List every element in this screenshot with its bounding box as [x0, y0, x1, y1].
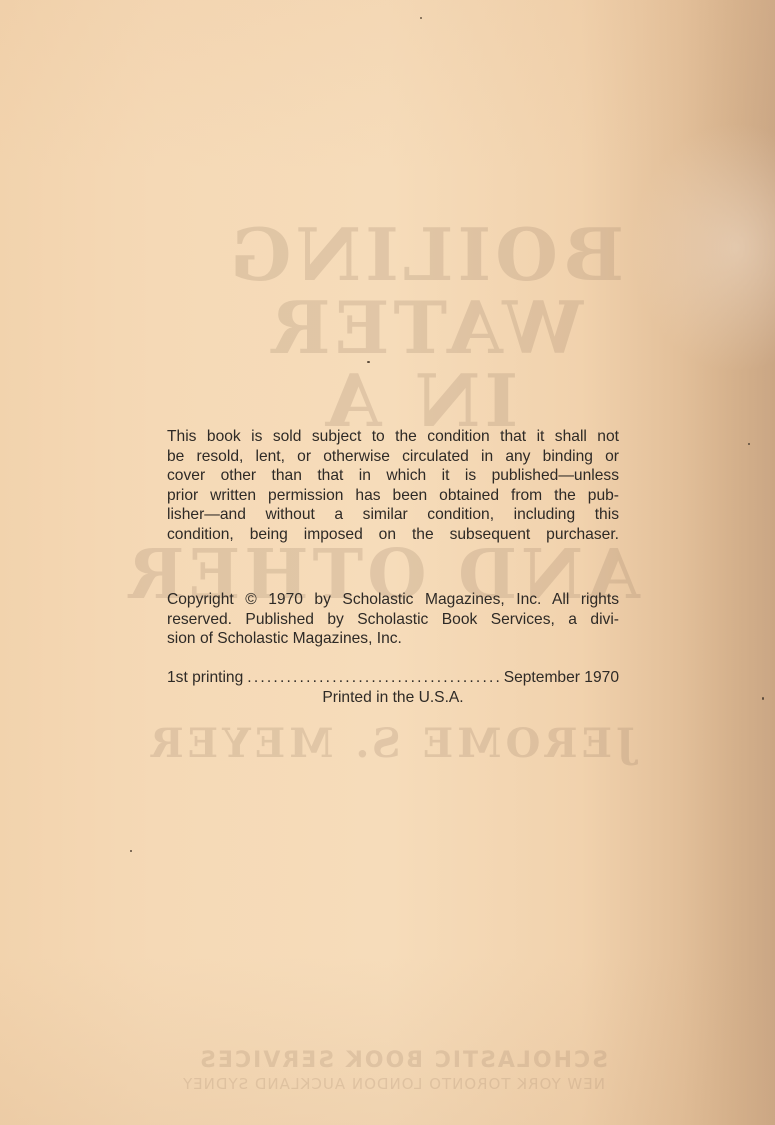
- bleed-through-cities: NEW YORK TORONTO LONDON AUCKLAND SYDNEY: [215, 1075, 605, 1093]
- copyright-statement: Copyright © 1970 by Scholastic Magazines…: [167, 590, 619, 649]
- book-page: BOILING WATER IN A AND OTHER JEROME S. M…: [0, 0, 775, 1125]
- paper-speck: [367, 361, 370, 363]
- notice-line: cover other than that in which it is pub…: [167, 466, 619, 486]
- printing-history: 1st printing ...........................…: [167, 668, 619, 688]
- notice-line: condition, being imposed on the subseque…: [167, 525, 619, 545]
- copyright-line: sion of Scholastic Magazines, Inc.: [167, 629, 619, 649]
- bleed-through-publisher: SCHOLASTIC BOOK SERVICES: [208, 1048, 608, 1073]
- notice-line: prior written permission has been obtain…: [167, 486, 619, 506]
- paper-speck: [420, 17, 422, 19]
- paper-speck: [762, 697, 764, 700]
- notice-line: This book is sold subject to the conditi…: [167, 427, 619, 447]
- printing-label: 1st printing: [167, 668, 243, 688]
- bleed-through-author: JEROME S. MEYER: [205, 720, 635, 767]
- notice-line: lisher—and without a similar condition, …: [167, 505, 619, 525]
- printing-date: September 1970: [504, 668, 619, 688]
- copyright-line: Copyright © 1970 by Scholastic Magazines…: [167, 590, 619, 610]
- paper-speck: [748, 443, 750, 445]
- sale-condition-notice: This book is sold subject to the conditi…: [167, 427, 619, 544]
- copyright-line: reserved. Published by Scholastic Book S…: [167, 610, 619, 630]
- paper-speck: [130, 850, 132, 852]
- notice-line: be resold, lent, or otherwise circulated…: [167, 447, 619, 467]
- dot-leader: ........................................…: [247, 668, 499, 688]
- printed-in-country: Printed in the U.S.A.: [167, 688, 619, 708]
